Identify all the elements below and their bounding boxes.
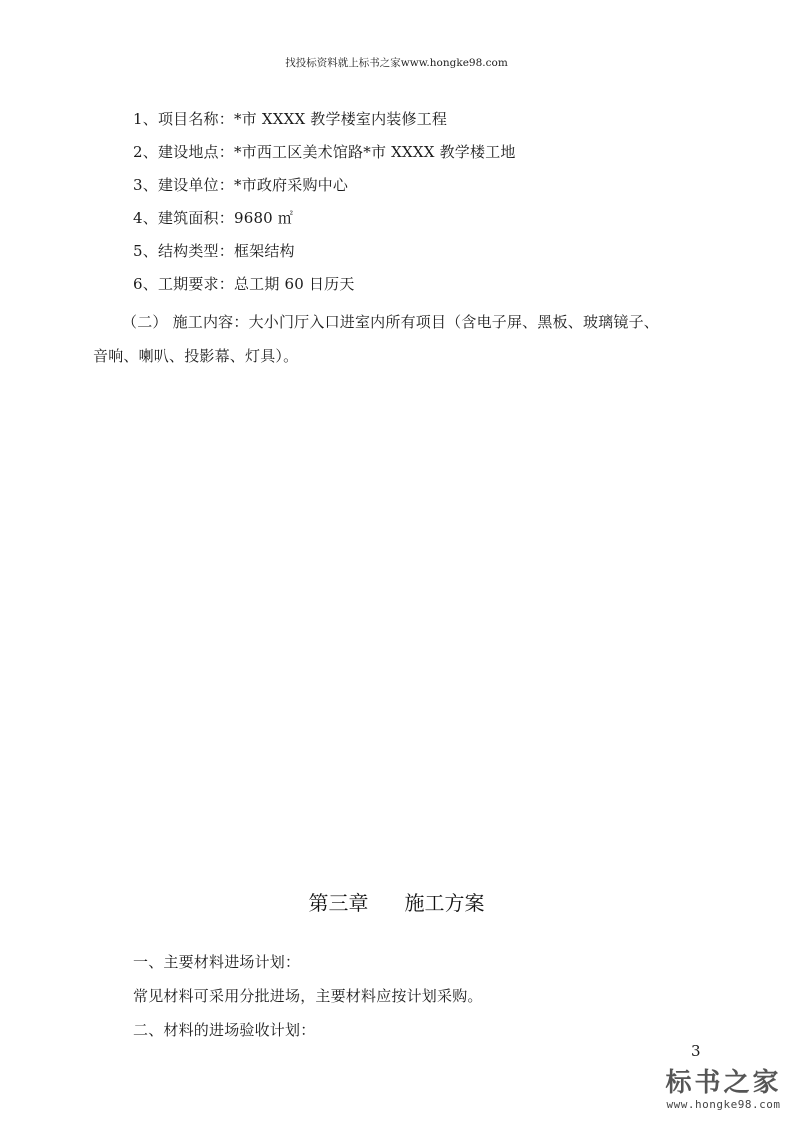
schedule-value: 总工期 60 日历天 [234, 275, 355, 293]
watermark-url: www.hongke98.com [654, 1098, 793, 1111]
construction-content-line1: （二） 施工内容：大小门厅入口进室内所有项目（含电子屏、黑板、玻璃镜子、 [122, 311, 659, 332]
section-heading-1: 一、主要材料进场计划： [133, 951, 300, 972]
page-number: 3 [691, 1042, 701, 1060]
chapter-heading: 第三章施工方案 [0, 887, 793, 916]
section-paragraph-1: 常见材料可采用分批进场，主要材料应按计划采购。 [133, 985, 483, 1006]
project-name-line: 1、项目名称：*市 XXXX 教学楼室内装修工程 [133, 108, 447, 129]
construction-content-line2: 音响、喇叭、投影幕、灯具）。 [93, 345, 298, 366]
page-header: 找投标资料就上标书之家www.hongke98.com [0, 55, 793, 70]
watermark-logo: 标书之家 www.hongke98.com [654, 1068, 793, 1111]
builder-line: 3、建设单位：*市政府采购中心 [133, 174, 348, 195]
project-name-label: 1、项目名称： [133, 110, 234, 128]
watermark-name: 标书之家 [654, 1068, 793, 1098]
chapter-number: 第三章 [309, 891, 369, 915]
builder-value: *市政府采购中心 [234, 176, 348, 194]
structure-value: 框架结构 [234, 242, 295, 260]
schedule-label: 6、工期要求： [133, 275, 234, 293]
location-line: 2、建设地点：*市西工区美术馆路*市 XXXX 教学楼工地 [133, 141, 516, 162]
area-line: 4、建筑面积：9680 ㎡ [133, 207, 293, 228]
structure-label: 5、结构类型： [133, 242, 234, 260]
section-heading-2: 二、材料的进场验收计划： [133, 1019, 315, 1040]
area-value: 9680 ㎡ [234, 209, 293, 227]
area-label: 4、建筑面积： [133, 209, 234, 227]
schedule-line: 6、工期要求：总工期 60 日历天 [133, 273, 355, 294]
project-name-value: *市 XXXX 教学楼室内装修工程 [234, 110, 447, 128]
location-value: *市西工区美术馆路*市 XXXX 教学楼工地 [234, 143, 516, 161]
builder-label: 3、建设单位： [133, 176, 234, 194]
chapter-title: 施工方案 [405, 891, 485, 915]
location-label: 2、建设地点： [133, 143, 234, 161]
structure-line: 5、结构类型：框架结构 [133, 240, 295, 261]
